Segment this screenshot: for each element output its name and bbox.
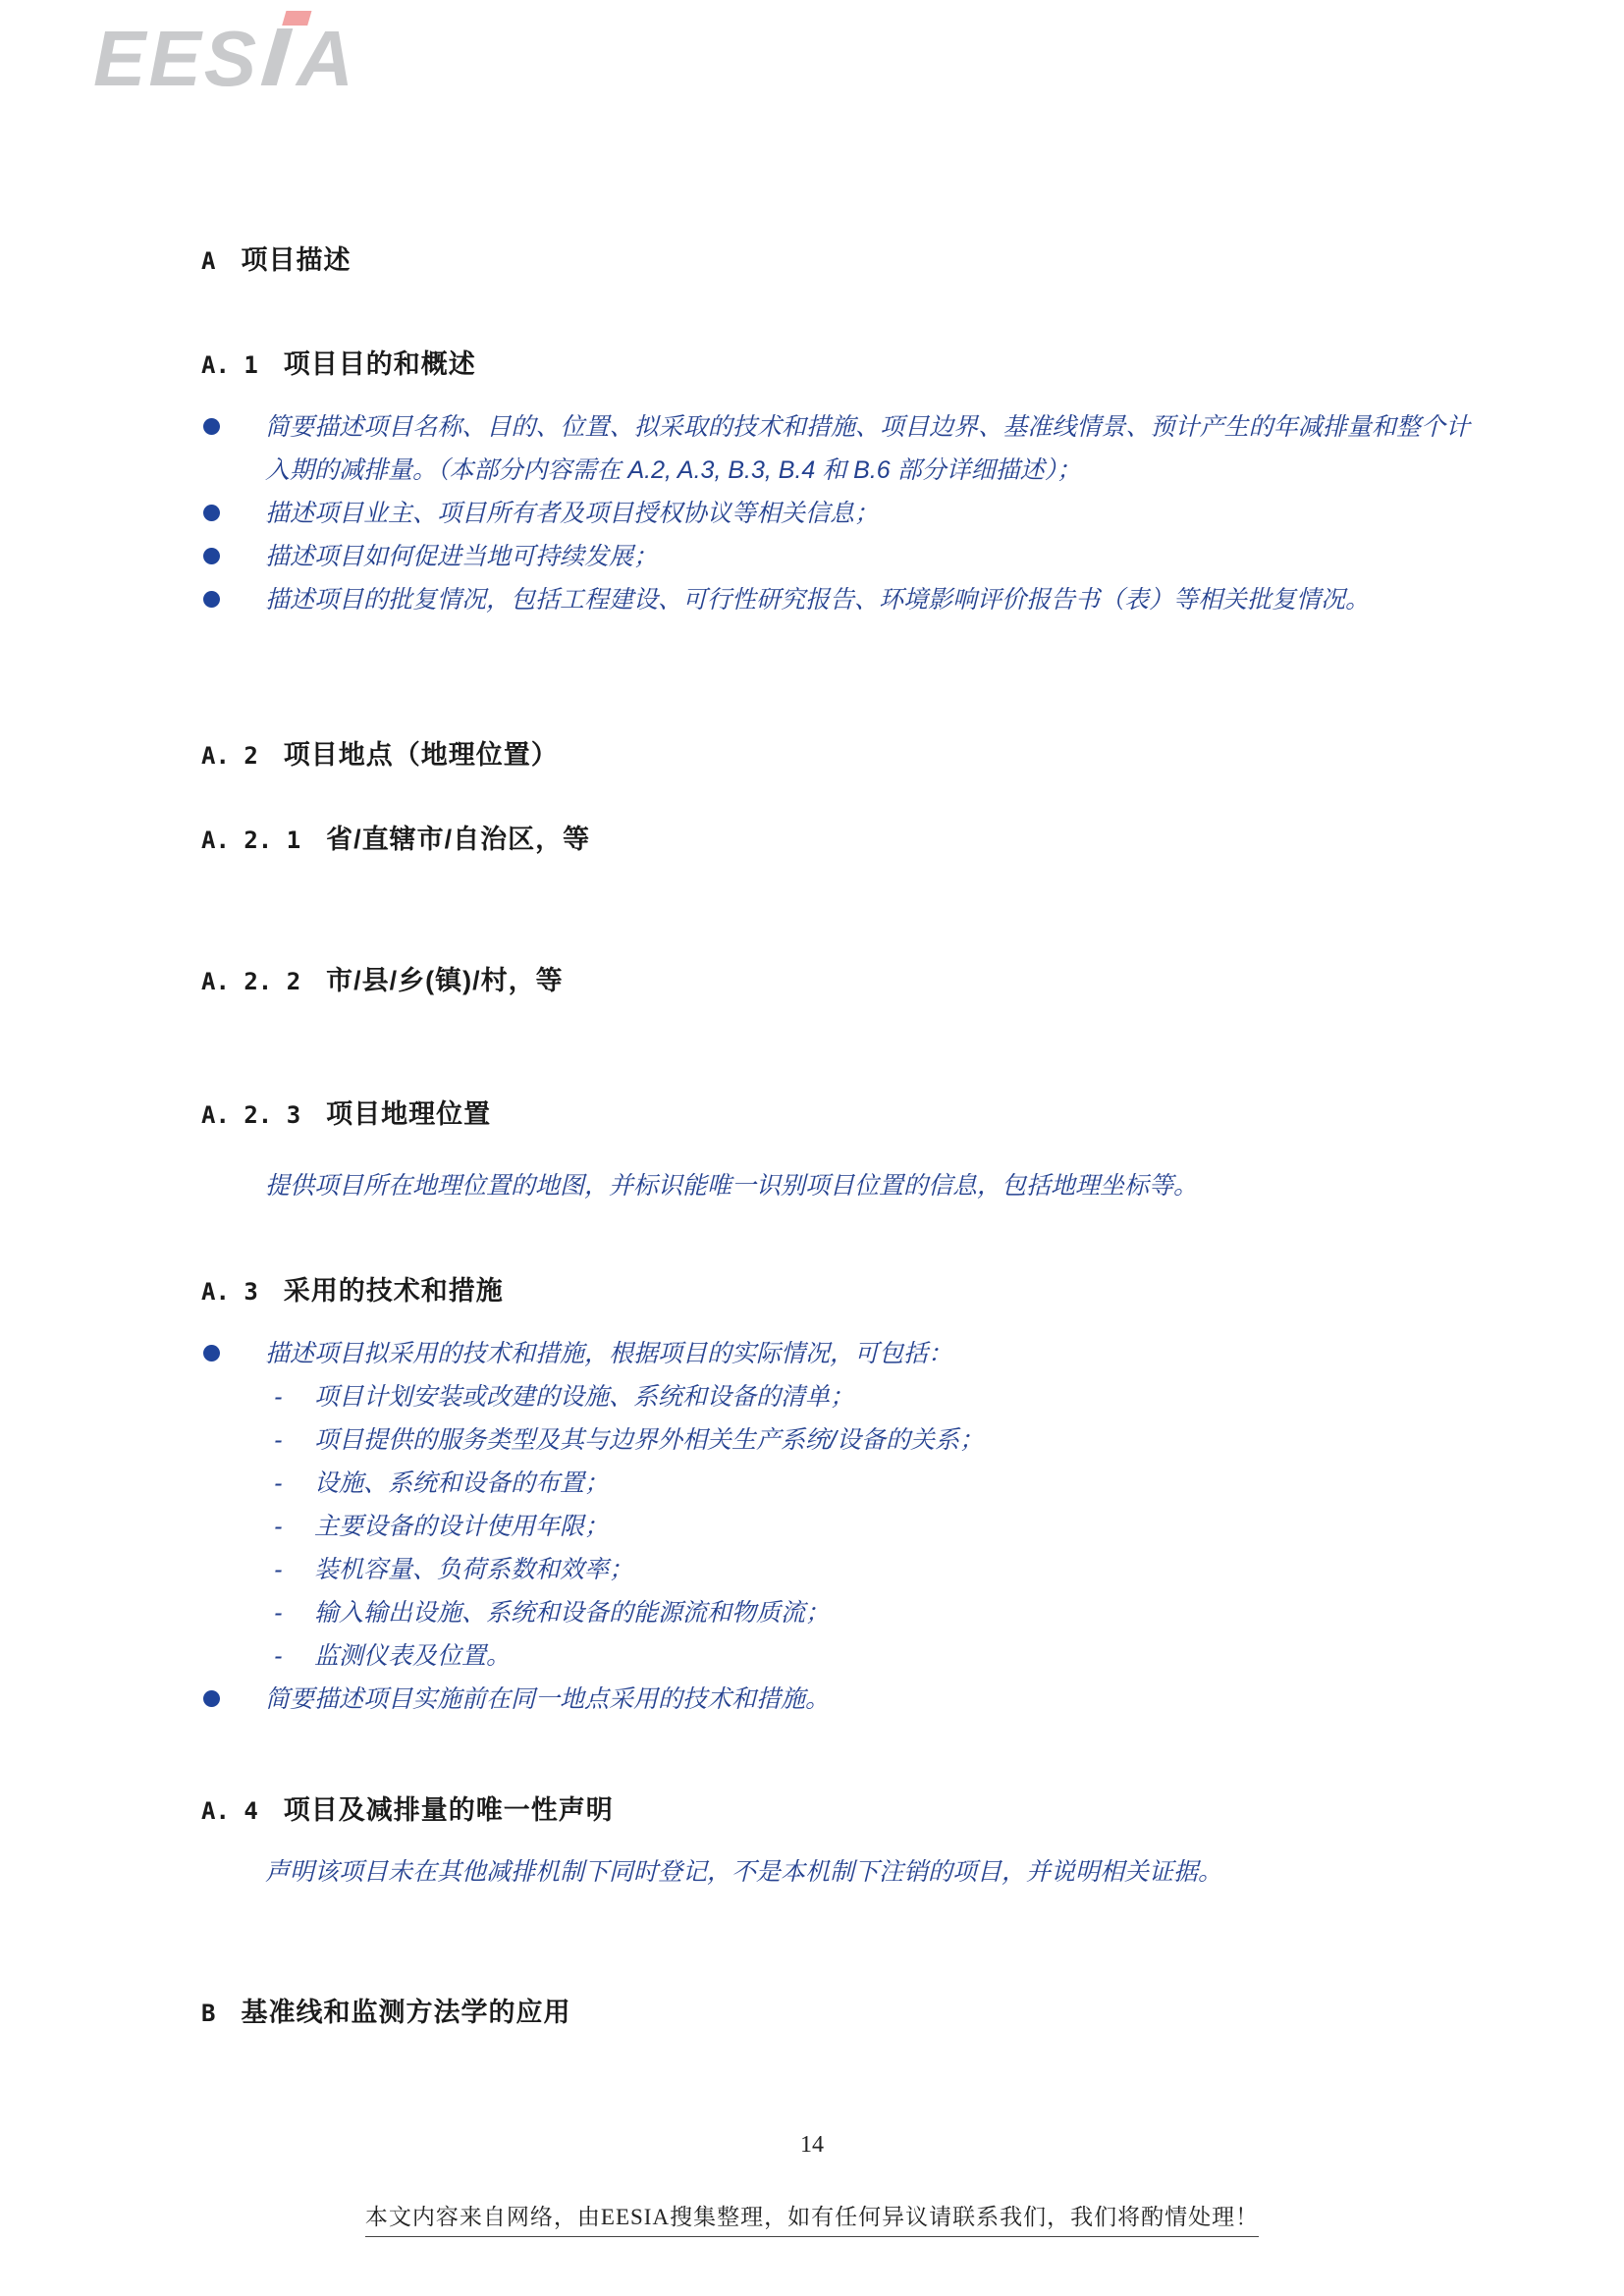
- dash-icon: -: [274, 1418, 294, 1462]
- dash-icon: -: [274, 1462, 294, 1505]
- eesia-logo: EESA: [93, 20, 356, 98]
- heading-a22: A. 2. 2 市/县/乡(镇)/村，等: [201, 959, 564, 997]
- list-item: - 输入输出设施、系统和设备的能源流和物质流；: [201, 1591, 1470, 1634]
- heading-a23: A. 2. 3 项目地理位置: [201, 1093, 491, 1131]
- footer: 本文内容来自网络，由EESIA搜集整理，如有任何异议请联系我们，我们将酌情处理！: [0, 2199, 1624, 2237]
- heading-a22-title: 市/县/乡(镇)/村，等: [326, 959, 564, 997]
- bullet-icon: [203, 418, 220, 435]
- dash-icon: -: [274, 1548, 294, 1591]
- heading-a2-id: A. 2: [201, 742, 258, 770]
- logo-text-suffix: A: [297, 15, 356, 102]
- document-page: EESA A 项目描述 A. 1 项目目的和概述 简要描述项目名称、目的、位置、…: [0, 0, 1624, 2296]
- heading-a23-title: 项目地理位置: [326, 1093, 491, 1131]
- dash-item-text: 设施、系统和设备的布置；: [314, 1462, 1470, 1505]
- bullet-icon: [203, 1690, 220, 1707]
- heading-a3: A. 3 采用的技术和措施: [201, 1269, 504, 1308]
- heading-a1: A. 1 项目目的和概述: [201, 343, 476, 381]
- bullet-text: 简要描述项目名称、目的、位置、拟采取的技术和措施、项目边界、基准线情景、预计产生…: [265, 405, 1470, 492]
- list-item: - 项目计划安装或改建的设施、系统和设备的清单；: [201, 1375, 1470, 1418]
- list-item: 描述项目业主、项目所有者及项目授权协议等相关信息；: [201, 492, 1470, 535]
- list-item: 描述项目的批复情况，包括工程建设、可行性研究报告、环境影响评价报告书（表）等相关…: [201, 578, 1470, 621]
- heading-a3-title: 采用的技术和措施: [284, 1269, 504, 1308]
- heading-a3-id: A. 3: [201, 1278, 258, 1306]
- dash-icon: -: [274, 1591, 294, 1634]
- heading-b-id: B: [201, 2000, 215, 2027]
- bullet-icon: [203, 548, 220, 564]
- list-item: 描述项目拟采用的技术和措施，根据项目的实际情况，可包括：: [201, 1332, 1470, 1375]
- heading-b-title: 基准线和监测方法学的应用: [241, 1991, 570, 2029]
- bullet-text: 描述项目的批复情况，包括工程建设、可行性研究报告、环境影响评价报告书（表）等相关…: [265, 578, 1470, 621]
- a3-list: 描述项目拟采用的技术和措施，根据项目的实际情况，可包括： - 项目计划安装或改建…: [201, 1332, 1470, 1721]
- heading-a2: A. 2 项目地点（地理位置）: [201, 733, 559, 772]
- list-item: - 项目提供的服务类型及其与边界外相关生产系统/设备的关系；: [201, 1418, 1470, 1462]
- dash-item-text: 输入输出设施、系统和设备的能源流和物质流；: [314, 1591, 1470, 1634]
- heading-a23-id: A. 2. 3: [201, 1101, 300, 1129]
- bullet-icon: [203, 505, 220, 521]
- dash-icon: -: [274, 1505, 294, 1548]
- dash-item-text: 项目提供的服务类型及其与边界外相关生产系统/设备的关系；: [314, 1418, 1470, 1462]
- dash-item-text: 装机容量、负荷系数和效率；: [314, 1548, 1470, 1591]
- list-item: - 主要设备的设计使用年限；: [201, 1505, 1470, 1548]
- heading-a21-title: 省/直辖市/自治区，等: [326, 818, 590, 856]
- bullet-icon: [203, 1345, 220, 1362]
- bullet-text: 描述项目业主、项目所有者及项目授权协议等相关信息；: [265, 492, 1470, 535]
- list-item: 简要描述项目实施前在同一地点采用的技术和措施。: [201, 1678, 1470, 1721]
- heading-a4: A. 4 项目及减排量的唯一性声明: [201, 1789, 614, 1827]
- bullet-text: 描述项目拟采用的技术和措施，根据项目的实际情况，可包括：: [265, 1332, 1470, 1375]
- heading-a-title: 项目描述: [241, 239, 351, 277]
- page-number: 14: [0, 2132, 1624, 2159]
- a23-note: 提供项目所在地理位置的地图，并标识能唯一识别项目位置的信息，包括地理坐标等。: [265, 1164, 1473, 1207]
- heading-a21-id: A. 2. 1: [201, 827, 300, 854]
- logo-i-letter-icon: [261, 28, 294, 85]
- dash-item-text: 项目计划安装或改建的设施、系统和设备的清单；: [314, 1375, 1470, 1418]
- heading-a: A 项目描述: [201, 239, 351, 277]
- dash-item-text: 主要设备的设计使用年限；: [314, 1505, 1470, 1548]
- list-item: - 设施、系统和设备的布置；: [201, 1462, 1470, 1505]
- footer-disclaimer: 本文内容来自网络，由EESIA搜集整理，如有任何异议请联系我们，我们将酌情处理！: [365, 2199, 1259, 2237]
- a4-note: 声明该项目未在其他减排机制下同时登记，不是本机制下注销的项目，并说明相关证据。: [265, 1850, 1473, 1894]
- dash-icon: -: [274, 1634, 294, 1678]
- bullet-text: 简要描述项目实施前在同一地点采用的技术和措施。: [265, 1678, 1470, 1721]
- heading-b: B 基准线和监测方法学的应用: [201, 1991, 570, 2029]
- heading-a4-id: A. 4: [201, 1797, 258, 1825]
- list-item: 描述项目如何促进当地可持续发展；: [201, 535, 1470, 578]
- heading-a21: A. 2. 1 省/直辖市/自治区，等: [201, 818, 590, 856]
- list-item: - 监测仪表及位置。: [201, 1634, 1470, 1678]
- bullet-text: 描述项目如何促进当地可持续发展；: [265, 535, 1470, 578]
- heading-a1-title: 项目目的和概述: [284, 343, 476, 381]
- heading-a22-id: A. 2. 2: [201, 968, 300, 995]
- bullet-icon: [203, 591, 220, 608]
- heading-a2-title: 项目地点（地理位置）: [284, 733, 559, 772]
- logo-text-prefix: EES: [93, 15, 259, 102]
- list-item: - 装机容量、负荷系数和效率；: [201, 1548, 1470, 1591]
- heading-a4-title: 项目及减排量的唯一性声明: [284, 1789, 614, 1827]
- a1-bullet-list: 简要描述项目名称、目的、位置、拟采取的技术和措施、项目边界、基准线情景、预计产生…: [201, 405, 1470, 621]
- list-item: 简要描述项目名称、目的、位置、拟采取的技术和措施、项目边界、基准线情景、预计产生…: [201, 405, 1470, 492]
- dash-icon: -: [274, 1375, 294, 1418]
- dash-item-text: 监测仪表及位置。: [314, 1634, 1470, 1678]
- heading-a-id: A: [201, 247, 215, 275]
- heading-a1-id: A. 1: [201, 351, 258, 379]
